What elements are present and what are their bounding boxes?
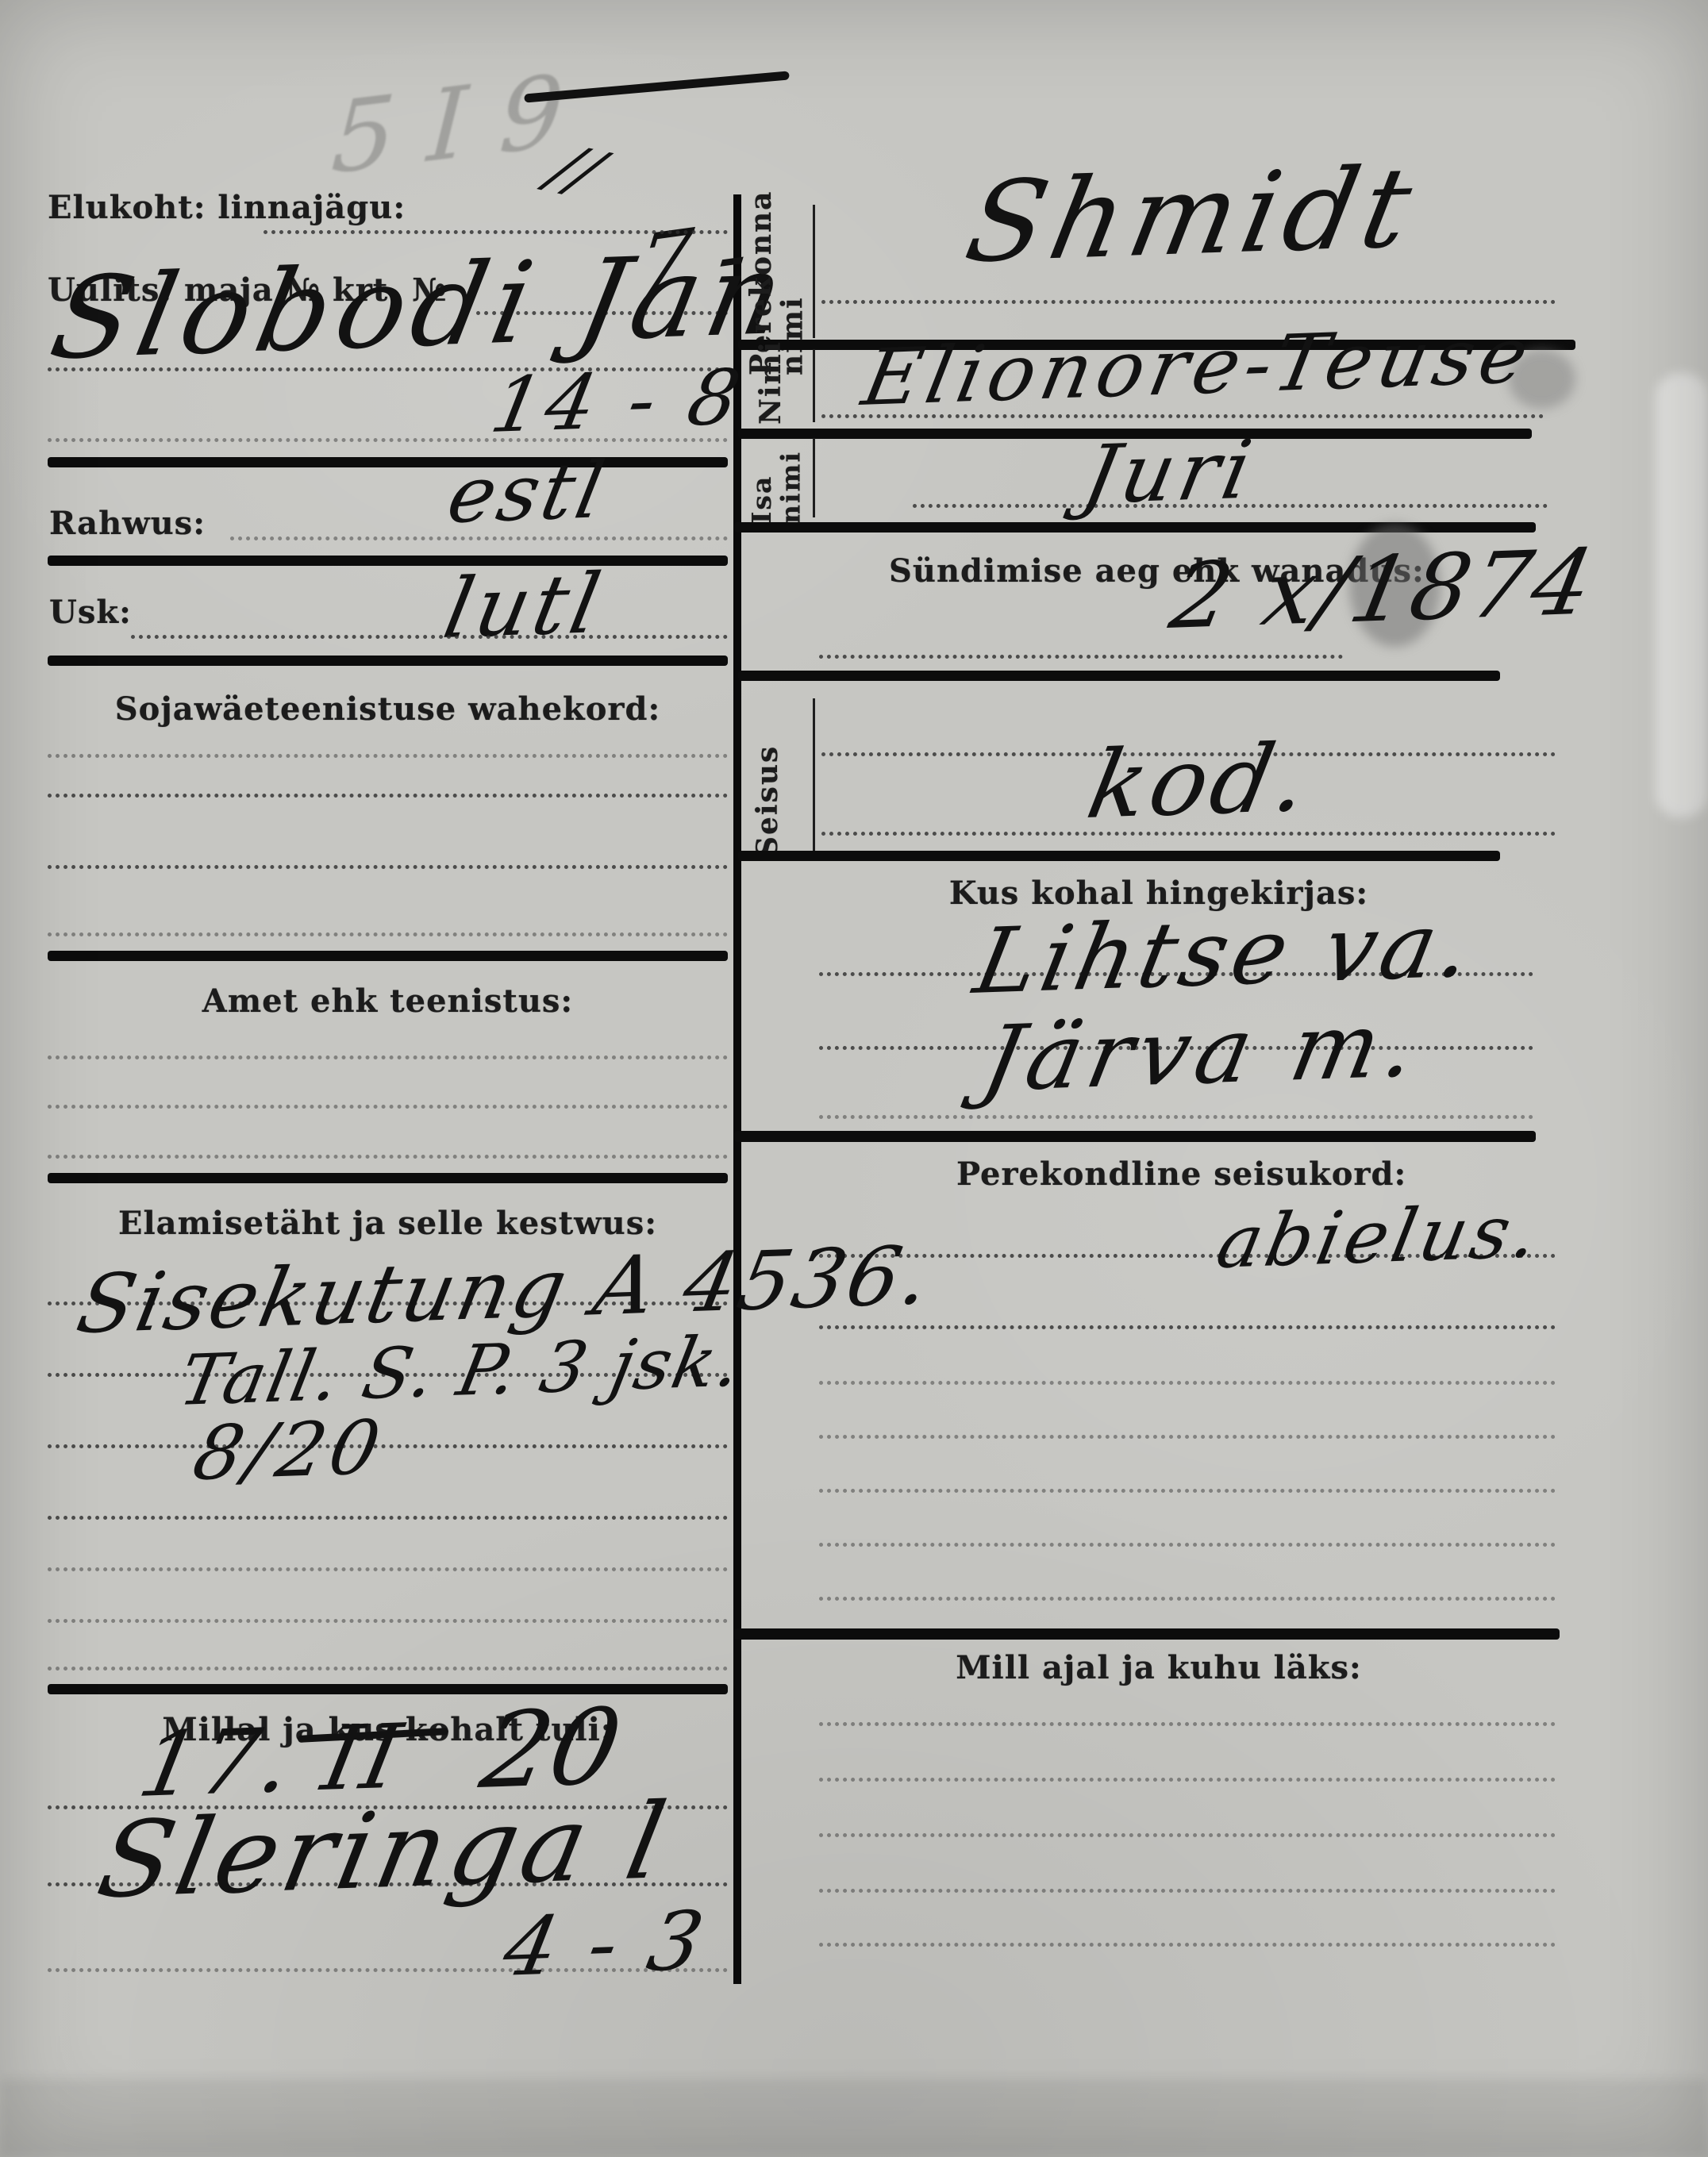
section-rule (48, 951, 728, 961)
field-label-usk: Usk: (49, 594, 132, 631)
handwritten-rahwus: estl (440, 445, 614, 541)
dotted-line (819, 1543, 1556, 1547)
dotted-line (819, 1381, 1556, 1385)
dotted-line (48, 1667, 728, 1671)
dotted-line (819, 1722, 1556, 1726)
handwritten-hingekirjas-line2: Järva m. (975, 991, 1431, 1112)
field-label-amet: Amet ehk teenistus: (48, 982, 728, 1020)
scanned-registration-card: 5 I 9 // 7 - Elukoht: linnajägu: Uulits:… (0, 0, 1708, 2157)
dotted-line (131, 635, 728, 639)
scan-edge-highlight (1656, 373, 1708, 817)
dotted-line (819, 1943, 1556, 1947)
section-rule (48, 457, 728, 467)
dotted-line (48, 1619, 728, 1623)
label-rule (813, 698, 815, 853)
handwritten-usk: lutl (437, 555, 612, 657)
dotted-line (819, 1778, 1556, 1782)
field-label-perekondline: Perekondline seisukord: (956, 1155, 1406, 1193)
dotted-line (48, 932, 728, 936)
vertical-label-nimi: Nimi (756, 349, 787, 425)
section-rule (734, 1131, 1536, 1142)
handwritten-nimi: Elionore-Teuse (856, 310, 1541, 424)
dotted-line (48, 1516, 728, 1520)
section-rule (48, 656, 728, 666)
label-rule (813, 438, 815, 517)
dotted-line (819, 1489, 1556, 1493)
vertical-label-isa: Isa nimi (748, 438, 806, 524)
handwritten-perekonna-nimi: Shmidt (956, 144, 1428, 288)
handwritten-sundimise: 2 x/1874 (1163, 529, 1604, 649)
section-rule (738, 671, 1500, 681)
handwritten-perekondline: abielus. (1210, 1189, 1549, 1285)
handwritten-address-number: 14 - 8 (484, 352, 752, 450)
scan-edge-shadow (0, 2079, 1708, 2157)
dotted-line (819, 1833, 1556, 1837)
field-label-sojawae: Sojawäeteenistuse wahekord: (48, 690, 728, 728)
label-rule (813, 205, 815, 338)
dotted-line (48, 1155, 728, 1159)
dotted-line (819, 1325, 1556, 1329)
dotted-line (819, 1597, 1556, 1601)
dotted-line (48, 1567, 728, 1571)
field-label-rahwus: Rahwus: (49, 505, 206, 542)
pencil-note: 5 I 9 (329, 54, 567, 196)
section-rule (734, 1628, 1560, 1640)
section-rule (738, 851, 1500, 861)
field-label-elukoht: Elukoht: linnajägu: (48, 189, 406, 226)
field-label-mill-ajal: Mill ajal ja kuhu läks: (738, 1649, 1579, 1686)
label-rule (813, 349, 815, 422)
field-label-elamisetaht: Elamisetäht ja selle kestwus: (48, 1205, 728, 1242)
dotted-line (819, 1115, 1533, 1119)
handwritten-isa-nimi: Juri (1075, 423, 1264, 523)
section-rule (48, 556, 728, 566)
vertical-label-seisus: Seisus (752, 698, 784, 857)
column-divider (733, 194, 741, 1984)
dotted-line (48, 865, 728, 869)
dotted-line (48, 438, 728, 442)
dotted-line (821, 300, 1556, 304)
dotted-line (819, 1889, 1556, 1893)
handwritten-elamisetaht-line3: 8/20 (187, 1405, 391, 1498)
dotted-line (48, 754, 728, 758)
dotted-line (819, 655, 1343, 659)
handwritten-seisus: kod. (1079, 722, 1321, 840)
handwritten-millal-number: 4 - 3 (496, 1894, 714, 1995)
dotted-line (48, 1444, 728, 1448)
dotted-line (48, 1055, 728, 1059)
dotted-line (230, 536, 728, 540)
dotted-line (48, 1105, 728, 1109)
dotted-line (819, 1435, 1556, 1439)
dotted-line (48, 794, 728, 798)
section-rule (48, 1173, 728, 1183)
